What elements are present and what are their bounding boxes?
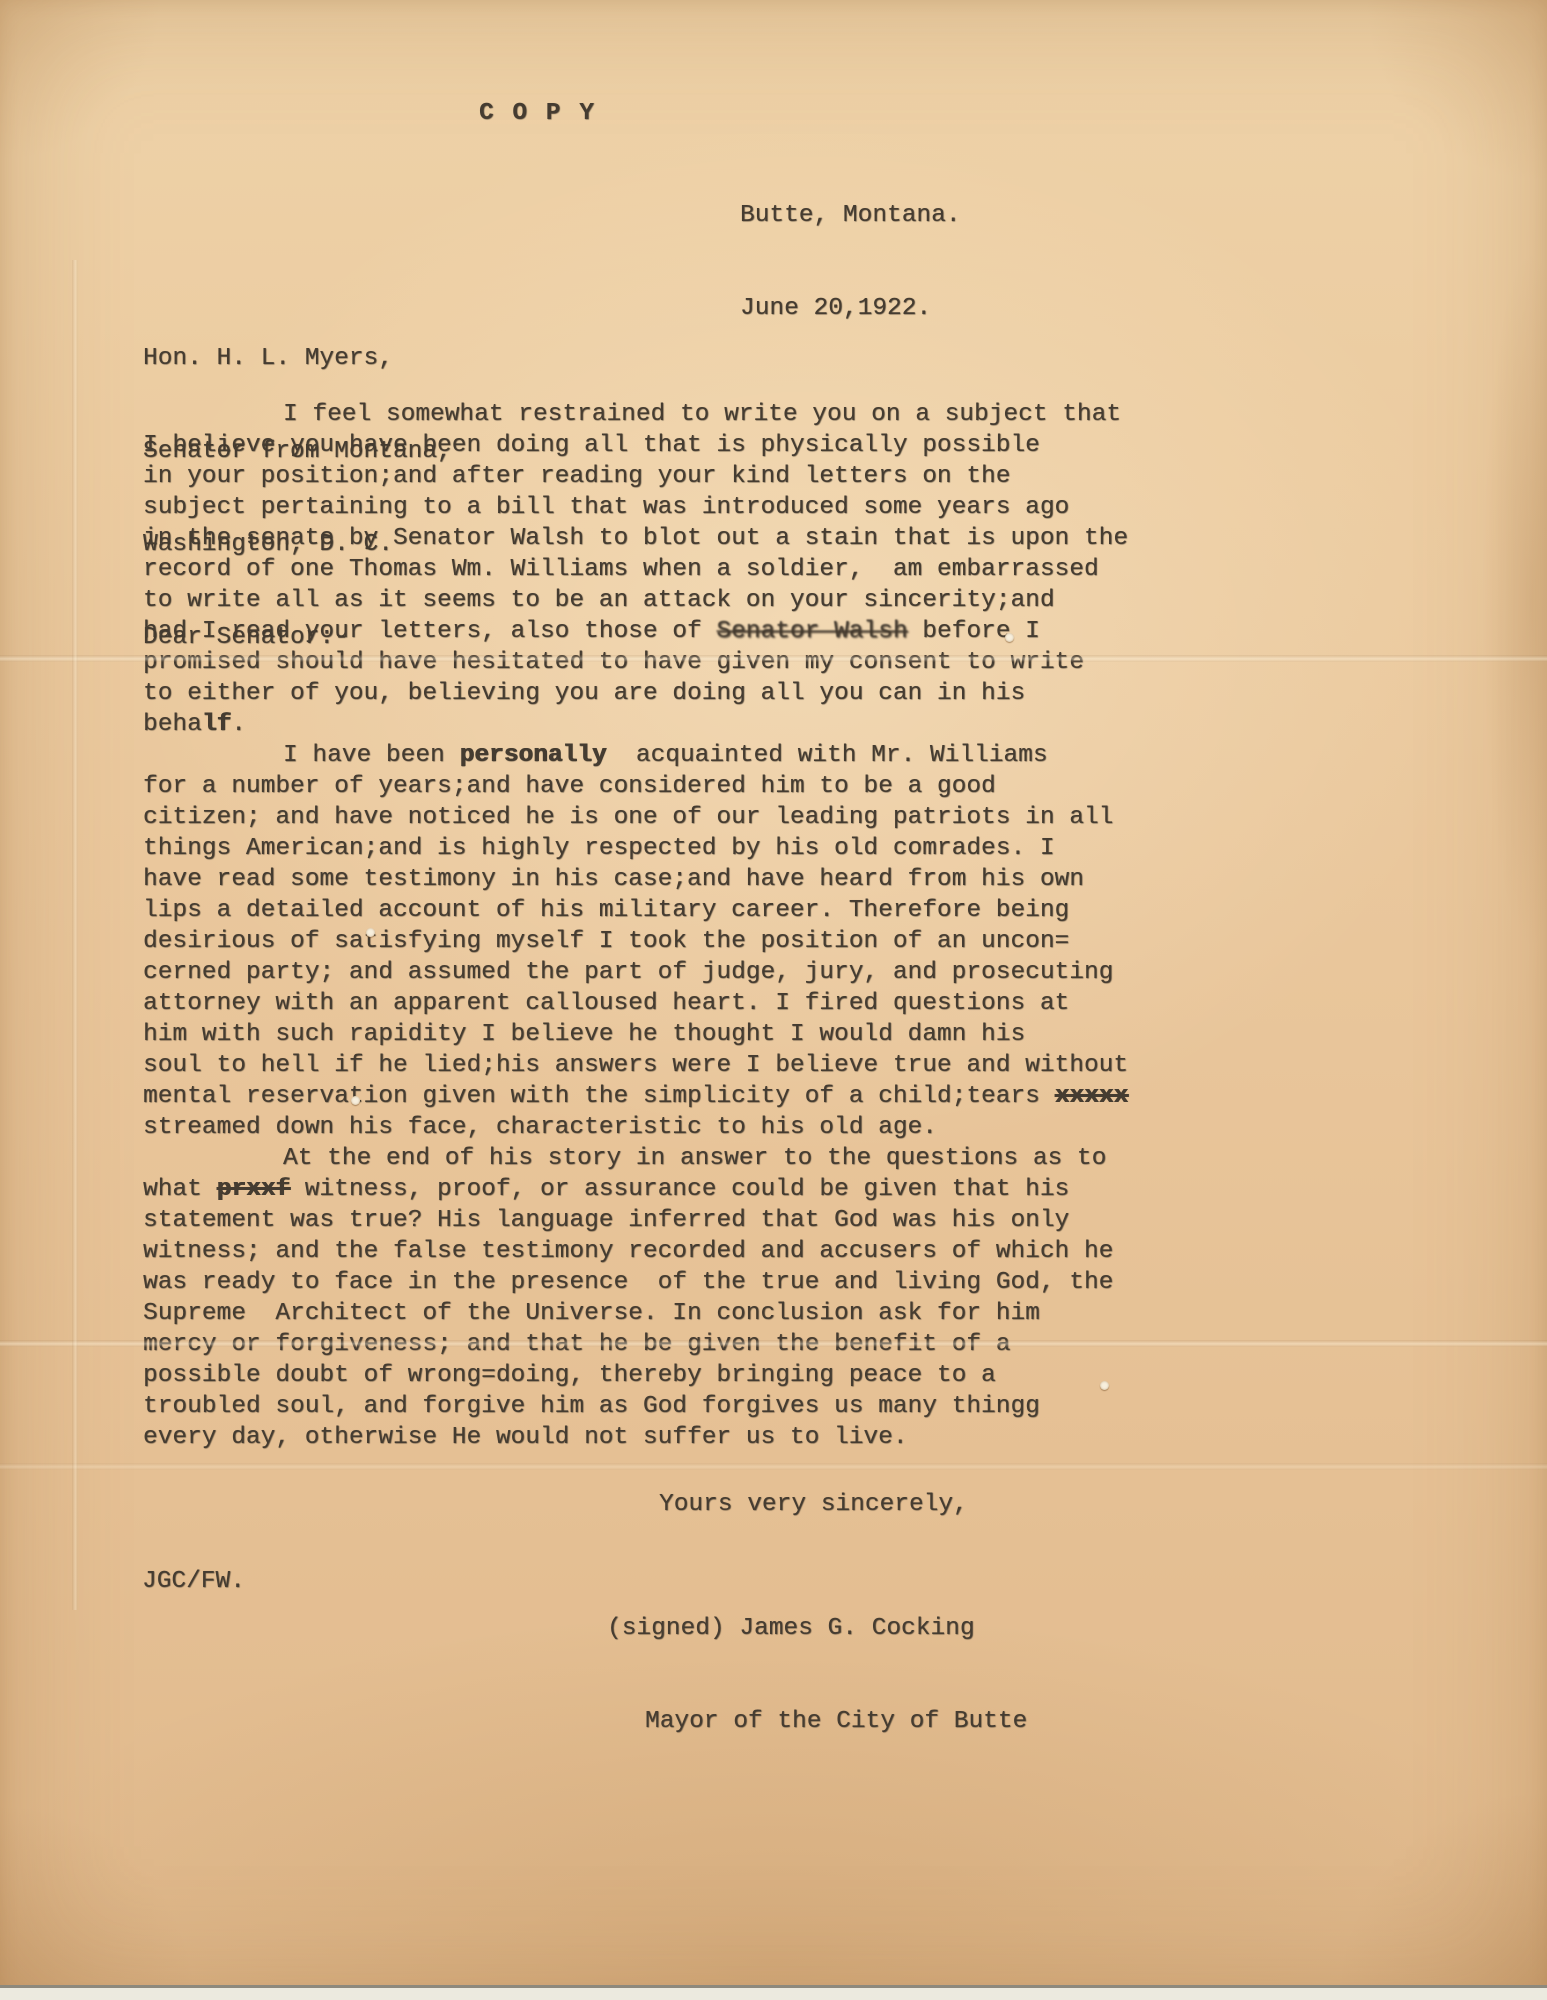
letter-text: every day, otherwise He would not suffer… <box>143 1424 908 1451</box>
letter-text: record of one Thomas Wm. Williams when a… <box>143 556 1099 583</box>
paragraph-3-line-4: witness; and the false testimony recorde… <box>143 1236 1293 1267</box>
letter-body: I feel somewhat restrained to write you … <box>143 399 1293 1453</box>
letter-page: C O P Y Butte, Montana. June 20,1922. Ho… <box>0 0 1547 2000</box>
letter-text: have read some testimony in his case;and… <box>143 866 1084 893</box>
paragraph-2-line-11: soul to hell if he lied;his answers were… <box>143 1050 1293 1081</box>
paragraph-1-line-10: to either of you, believing you are doin… <box>143 678 1293 709</box>
letter-text: to either of you, believing you are doin… <box>143 680 1025 707</box>
paragraph-3-line-2: what prxxf witness, proof, or assurance … <box>143 1174 1293 1205</box>
paper-hole <box>351 1096 360 1105</box>
paragraph-1-line-4: subject pertaining to a bill that was in… <box>143 492 1293 523</box>
paragraph-2-line-12: mental reservation given with the simpli… <box>143 1081 1293 1112</box>
paragraph-1-line-7: to write all as it seems to be an attack… <box>143 585 1293 616</box>
signature-block: (signed) James G. Cocking Mayor of the C… <box>607 1551 1027 1799</box>
paragraph-2-line-4: things American;and is highly respected … <box>143 833 1293 864</box>
letter-text: soul to hell if he lied;his answers were… <box>143 1052 1128 1079</box>
paper-hole <box>1100 1381 1109 1390</box>
letter-text: At the end of his story in answer to the… <box>283 1145 1106 1172</box>
paragraph-2-line-7: desirious of satisfying myself I took th… <box>143 926 1293 957</box>
dateline-date: June 20,1922. <box>740 293 961 324</box>
bold-text: lf <box>202 711 231 738</box>
paragraph-1-line-9: promised should have hesitated to have g… <box>143 647 1293 678</box>
paragraph-2-line-2: for a number of years;and have considere… <box>143 771 1293 802</box>
letter-text: in your position;and after reading your … <box>143 463 1010 490</box>
paragraph-1-line-2: I believe you have been doing all that i… <box>143 430 1293 461</box>
struck-text: prxxf <box>217 1176 291 1203</box>
letter-text: for a number of years;and have considere… <box>143 773 996 800</box>
letter-text: I believe you have been doing all that i… <box>143 432 1040 459</box>
letter-text: what <box>143 1176 217 1203</box>
paragraph-2-line-3: citizen; and have noticed he is one of o… <box>143 802 1293 833</box>
letter-text: to write all as it seems to be an attack… <box>143 587 1055 614</box>
letter-text: statement was true? His language inferre… <box>143 1207 1069 1234</box>
paragraph-1-line-11: behalf. <box>143 709 1293 740</box>
paragraph-3-line-10: every day, otherwise He would not suffer… <box>143 1422 1293 1453</box>
paragraph-3-line-8: possible doubt of wrong=doing, thereby b… <box>143 1360 1293 1391</box>
paragraph-3-line-1: At the end of his story in answer to the… <box>143 1143 1293 1174</box>
signature-name: (signed) James G. Cocking <box>607 1613 1027 1644</box>
fold-crease <box>0 655 1547 662</box>
paragraph-3-line-3: statement was true? His language inferre… <box>143 1205 1293 1236</box>
letter-text: lips a detailed account of his military … <box>143 897 1069 924</box>
bold-text: personally <box>459 742 606 769</box>
paragraph-2-line-13: streamed down his face, characteristic t… <box>143 1112 1293 1143</box>
smudged-text: Senator Walsh <box>716 618 907 645</box>
paragraph-1-line-6: record of one Thomas Wm. Williams when a… <box>143 554 1293 585</box>
letter-text: him with such rapidity I believe he thou… <box>143 1021 1025 1048</box>
letter-text: I have been <box>283 742 459 769</box>
paragraph-1-line-5: in the senate by Senator Walsh to blot o… <box>143 523 1293 554</box>
letter-text: mental reservation given with the simpli… <box>143 1083 1055 1110</box>
letter-text: possible doubt of wrong=doing, thereby b… <box>143 1362 996 1389</box>
paragraph-2-line-1: I have been personally acquainted with M… <box>143 740 1293 771</box>
paragraph-1-line-8: had I read your letters, also those of S… <box>143 616 1293 647</box>
paragraph-2-line-9: attorney with an apparent calloused hear… <box>143 988 1293 1019</box>
letter-text: troubled soul, and forgive him as God fo… <box>143 1393 1040 1420</box>
dateline-block: Butte, Montana. June 20,1922. <box>740 138 961 386</box>
paragraph-1-line-1: I feel somewhat restrained to write you … <box>143 399 1293 430</box>
letter-text: I feel somewhat restrained to write you … <box>283 401 1121 428</box>
paragraph-2-line-10: him with such rapidity I believe he thou… <box>143 1019 1293 1050</box>
paragraph-3-line-9: troubled soul, and forgive him as God fo… <box>143 1391 1293 1422</box>
letter-text: acquainted with Mr. Williams <box>606 742 1047 769</box>
letter-text: cerned party; and assumed the part of ju… <box>143 959 1113 986</box>
letter-text: desirious of satisfying myself I took th… <box>143 928 1069 955</box>
letter-text: attorney with an apparent calloused hear… <box>143 990 1069 1017</box>
struck-text: xxxxx <box>1055 1083 1129 1110</box>
letter-text: had I read your letters, also those of <box>143 618 716 645</box>
letter-text: streamed down his face, characteristic t… <box>143 1114 937 1141</box>
letter-text: citizen; and have noticed he is one of o… <box>143 804 1113 831</box>
dateline-place: Butte, Montana. <box>740 200 961 231</box>
fold-crease-vertical <box>72 260 78 1610</box>
typist-initials: JGC/FW. <box>142 1566 245 1597</box>
letter-text: witness; and the false testimony recorde… <box>143 1238 1113 1265</box>
signature-title: Mayor of the City of Butte <box>607 1706 1027 1737</box>
letter-text: in the senate by Senator Walsh to blot o… <box>143 525 1128 552</box>
paragraph-2-line-6: lips a detailed account of his military … <box>143 895 1293 926</box>
copy-heading: C O P Y <box>479 98 596 129</box>
letter-text: . <box>231 711 246 738</box>
letter-text: was ready to face in the presence of the… <box>143 1269 1113 1296</box>
paragraph-2-line-8: cerned party; and assumed the part of ju… <box>143 957 1293 988</box>
fold-crease <box>0 1340 1547 1347</box>
paragraph-2-line-5: have read some testimony in his case;and… <box>143 864 1293 895</box>
scan-bottom-edge <box>0 1985 1547 2000</box>
paper-hole <box>366 928 375 937</box>
letter-text: promised should have hesitated to have g… <box>143 649 1084 676</box>
paragraph-1-line-3: in your position;and after reading your … <box>143 461 1293 492</box>
paper-hole <box>1005 633 1014 642</box>
fold-crease <box>0 1463 1547 1470</box>
letter-text: before I <box>908 618 1040 645</box>
closing-line: Yours very sincerely, <box>659 1489 968 1520</box>
letter-text: things American;and is highly respected … <box>143 835 1055 862</box>
paragraph-3-line-6: Supreme Architect of the Universe. In co… <box>143 1298 1293 1329</box>
letter-text: Supreme Architect of the Universe. In co… <box>143 1300 1040 1327</box>
letter-text: subject pertaining to a bill that was in… <box>143 494 1069 521</box>
paragraph-3-line-5: was ready to face in the presence of the… <box>143 1267 1293 1298</box>
recipient-name: Hon. H. L. Myers, <box>143 343 452 374</box>
letter-text: beha <box>143 711 202 738</box>
letter-text: witness, proof, or assurance could be gi… <box>290 1176 1069 1203</box>
